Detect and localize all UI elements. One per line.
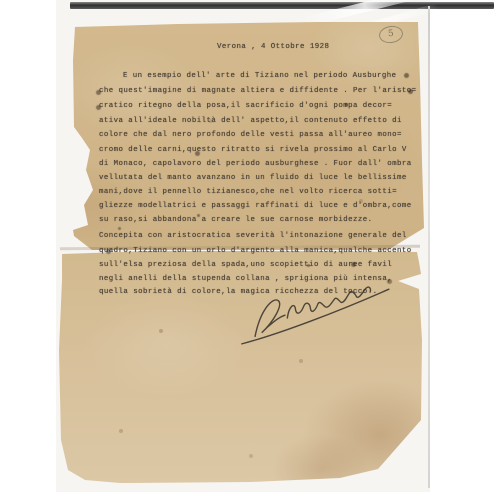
letter-line: cromo delle carni,questo ritratto si riv… [99,146,407,154]
album-frame-edge [70,2,494,9]
letter-line: quadro,Tiziano con un orlo d'argento all… [99,247,412,255]
letter-line: mani,dove il pennello tizianesco,che nel… [99,188,397,196]
letter-line: sull'elsa preziosa della spada,uno scopi… [99,261,392,269]
letter-line: ativa all'ideale nobiltà dell' aspetto,i… [99,117,402,125]
signature-initial-stroke [252,299,287,336]
letter-line: colore che dal nero profondo delle vesti… [99,131,402,139]
letter-line: cratico ritegno della posa,il sacrificio… [99,102,392,110]
letter-line: che quest'imagine di magnate altiera e d… [99,87,417,95]
letter-line: Concepita con aristocratica severità l'i… [99,232,407,240]
letter-line: di Monaco, capolavoro del periodo ausbur… [99,160,412,168]
photographed-letter: 5 Verona , 4 Ottobre 1928 E un esempio d… [0,0,500,500]
letter-line: E un esempio dell' arte di Tiziano nel p… [123,72,397,80]
letter-line: vellutata del manto avanzano in un fluid… [99,174,407,182]
sleeve-edge-line [428,6,430,488]
letter-dateline: Verona , 4 Ottobre 1928 [217,43,329,51]
letter-line: su raso,si abbandona a creare le sue car… [99,216,373,224]
letter-line: gliezze modellatrici e passaggi raffinat… [99,202,412,210]
paper-foxing-specks [0,0,2,2]
page-number-text: 5 [388,30,394,39]
